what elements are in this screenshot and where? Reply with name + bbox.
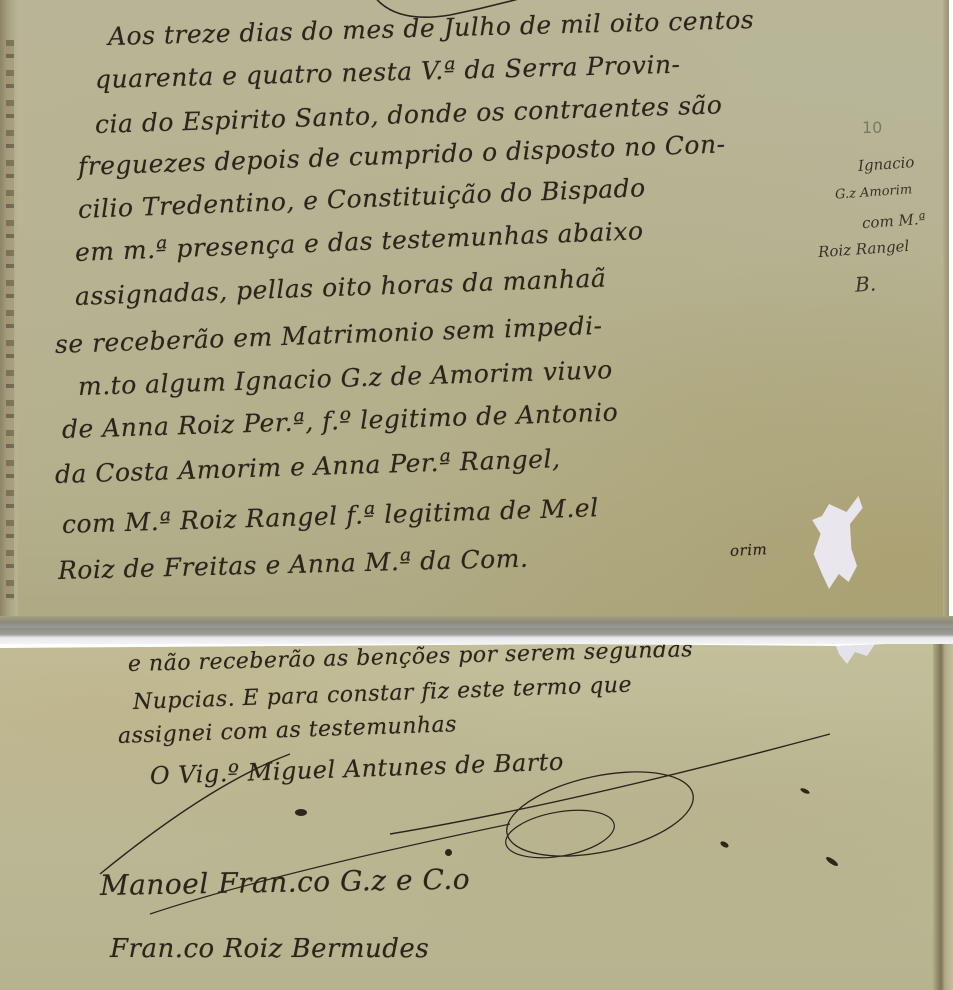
- text-line-9: m.to algum Ignacio G.z de Amorim viuvo: [78, 355, 614, 401]
- ink-blot: [445, 849, 452, 856]
- text-line-11: da Costa Amorim e Anna Per.ª Rangel,: [55, 444, 561, 489]
- text-line-16: assignei com as testemunhas: [118, 712, 458, 749]
- text-line-5: cilio Tredentino, e Constituição do Bisp…: [77, 173, 646, 224]
- text-line-2: quarenta e quatro nesta V.ª da Serra Pro…: [95, 50, 681, 94]
- signature-vicar: O Vig.º Miguel Antunes de Barto: [150, 748, 565, 790]
- page-number: 10: [862, 118, 882, 137]
- paper-tear: [835, 644, 875, 664]
- text-line-3: cia do Espirito Santo, donde os contraen…: [95, 90, 723, 139]
- paper-damage-spot: [808, 494, 878, 594]
- ink-blot: [825, 855, 839, 867]
- ink-blot: [295, 809, 307, 816]
- signature-witness-2: Fran.co Roiz Bermudes: [110, 934, 429, 964]
- photo-seam: [0, 628, 953, 644]
- margin-note-line-2: G.z Amorim: [835, 182, 913, 202]
- text-line-10: de Anna Roiz Per.ª, f.º legitimo de Anto…: [62, 398, 619, 444]
- text-line-6: em m.ª presença e das testemunhas abaixo: [74, 216, 644, 267]
- margin-note-line-1: Ignacio: [857, 153, 914, 175]
- text-line-8: se receberão em Matrimonio sem impedi-: [54, 311, 602, 359]
- superscript-orim: orim: [730, 540, 768, 560]
- text-line-12: com M.ª Roiz Rangel f.ª legitima de M.el: [62, 493, 599, 539]
- binding-stitching: [6, 40, 14, 600]
- margin-note-line-3: com M.ª: [861, 210, 926, 232]
- text-line-15: Nupcias. E para constar fiz este termo q…: [133, 673, 633, 715]
- margin-note-line-5: B.: [854, 271, 877, 296]
- text-line-14: e não receberão as benções por serem seg…: [128, 644, 694, 677]
- book-binding-right: [933, 644, 953, 990]
- register-page-top-photo: Aos treze dias do mes de Julho de mil oi…: [0, 0, 953, 628]
- ink-blot: [800, 787, 811, 795]
- text-line-1: Aos treze dias do mes de Julho de mil oi…: [108, 5, 755, 51]
- margin-note-line-4: Roiz Rangel: [817, 237, 909, 261]
- page-edge-right: [943, 0, 953, 628]
- text-line-7: assignadas, pellas oito horas da manhaã: [74, 263, 606, 311]
- text-line-13: Roiz de Freitas e Anna M.ª da Com.: [58, 544, 529, 585]
- ink-blot: [719, 840, 729, 849]
- register-page-bottom-photo: e não receberão as benções por serem seg…: [0, 644, 953, 990]
- page-edge-bottom: [0, 616, 953, 628]
- signature-witness-1: Manoel Fran.co G.z e C.o: [100, 863, 471, 902]
